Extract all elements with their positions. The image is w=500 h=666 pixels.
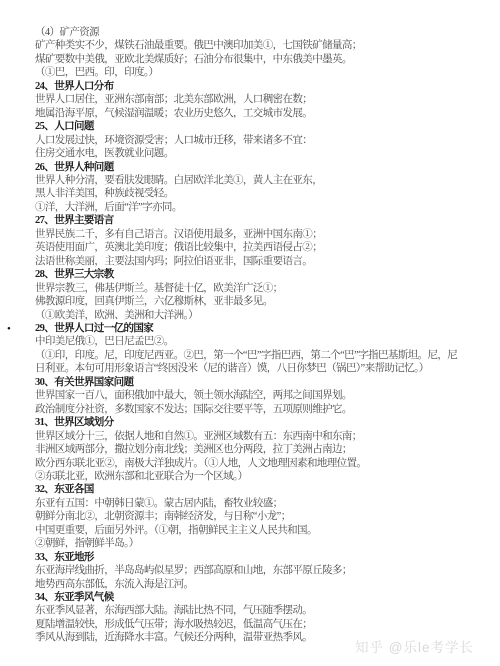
section-heading: 24、世界人口分布 [35, 80, 497, 93]
section: 30、有关世界国家问题 世界国家一百八，面积俄加中最大，领土领水海陆空，两邦之间… [35, 376, 497, 416]
text-line: 世界人口居住，亚洲东部南部；北美东部欧洲，人口稠密在数； [35, 93, 497, 106]
text-line: 中印美尼俄①，巴日尼孟巴②。 [35, 335, 497, 348]
text-line: 夏陆增温较快，形成低气压带；海水吸热较迟，低温高气压在； [35, 618, 497, 631]
text-line: 佛教源印度，回真伊斯兰，六亿穆斯林，亚非最多见。 [35, 295, 497, 308]
section-heading: 33、东亚地形 [35, 551, 497, 564]
section: 33、东亚地形 东亚海岸线曲折，半岛岛屿似星罗；西部高原和山地，东部平原丘陵多；… [35, 551, 497, 591]
document-body: （4）矿产资源 矿产种类实不少，煤铁石油最重要。俄巴中澳印加美①，七国铁矿储量高… [35, 26, 497, 645]
text-line: 世界人种分清，要看肤发眼睛。白居欧洋北美①，黄人主在亚东， [35, 174, 497, 187]
text-line: 世界国家一百八，面积俄加中最大，领土领水海陆空，两邦之间国界划。 [35, 389, 497, 402]
text-line: （①巴，巴西。印，印度。） [35, 66, 497, 79]
text-line: 世界区域分十三，依据人地和自然①。亚洲区域数有五：东西南中和东南； [35, 430, 497, 443]
section: 24、世界人口分布 世界人口居住，亚洲东部南部；北美东部欧洲，人口稠密在数；地属… [35, 80, 497, 120]
section-heading: （4）矿产资源 [35, 26, 497, 39]
text-line: （①欧美洋，欧洲、美洲和大洋洲。） [35, 309, 497, 322]
text-line: ②朝鲜，指朝鲜半岛。） [35, 537, 497, 550]
section: 32、东亚各国 东亚有五国：中朝韩日蒙①。蒙古居内陆，畜牧业较盛；朝鲜分南北②，… [35, 483, 497, 550]
text-line: （①印，印度。尼，印度尼西亚。②巴，第一个“巴”字指巴西，第二个“巴”字指巴基斯… [35, 349, 497, 362]
section: 25、人口问题 人口发展过快，环境资源受害；人口城市迁移，带来诸多不宜：住房交通… [35, 120, 497, 160]
text-line: 矿产种类实不少，煤铁石油最重要。俄巴中澳印加美①，七国铁矿储量高； [35, 39, 497, 52]
text-line: 世界民族二千，多有自己语言。汉语使用最多，亚洲中国东南①； [35, 228, 497, 241]
watermark: 知乎 @乐le考学长 [355, 636, 474, 656]
text-line: 地属沿海平原，气候湿润温暖；农业历史悠久，工交城市发展。 [35, 107, 497, 120]
text-line: 英语使用面广，英澳北美印度；俄语比较集中，拉美西语侵占②； [35, 241, 497, 254]
section-heading: 28、世界三大宗教 [35, 268, 497, 281]
section-heading: 25、人口问题 [35, 120, 497, 133]
text-line: 日利亚。本句可用形象语言“终因没米（尼的谐音）馍，八日你梦巴（锅巴）”来帮助记忆… [35, 362, 497, 375]
text-line: 东亚季风显著，东海西部大陆。海陆比热不同，气压随季摆动。 [35, 604, 497, 617]
section-heading: 29、世界人口过一亿的国家 [35, 322, 497, 335]
text-line: 地势西高东部低，东流入海是江河。 [35, 578, 497, 591]
section: 27、世界主要语言 世界民族二千，多有自己语言。汉语使用最多，亚洲中国东南①；英… [35, 214, 497, 268]
section: 26、世界人种问题 世界人种分清，要看肤发眼睛。白居欧洋北美①，黄人主在亚东，黑… [35, 161, 497, 215]
text-line: 人口发展过快，环境资源受害；人口城市迁移，带来诸多不宜： [35, 134, 497, 147]
section-heading: 30、有关世界国家问题 [35, 376, 497, 389]
text-line: 中国更重要，后面另外评。（①朝，指朝鲜民主主义人民共和国。 [35, 524, 497, 537]
text-line: 法语世称美丽，主要法国内玛；阿拉伯语亚非，国际重要语言。 [35, 255, 497, 268]
section: 29、世界人口过一亿的国家 中印美尼俄①，巴日尼孟巴②。（①印，印度。尼，印度尼… [35, 322, 497, 376]
text-line: 住房交通水电，医教就业问题。 [35, 147, 497, 160]
text-line: 世界宗教三，佛基伊斯兰。基督徒十亿，欧美洋广泛①； [35, 282, 497, 295]
section-heading: 26、世界人种问题 [35, 161, 497, 174]
section-heading: 32、东亚各国 [35, 483, 497, 496]
section-heading: 34、东亚季风气候 [35, 591, 497, 604]
section: 31、世界区域划分 世界区域分十三，依据人地和自然①。亚洲区域数有五：东西南中和… [35, 416, 497, 483]
text-line: 东亚海岸线曲折，半岛岛屿似星罗；西部高原和山地，东部平原丘陵多； [35, 564, 497, 577]
text-line: 政治制度分社资，多数国家不发达；国际交往要平等，五项原则维护它。 [35, 403, 497, 416]
text-line: 东亚有五国：中朝韩日蒙①。蒙古居内陆，畜牧业较盛； [35, 497, 497, 510]
text-line: 黑人非洋美国，种族歧视受轻。 [35, 187, 497, 200]
section: 28、世界三大宗教 世界宗教三，佛基伊斯兰。基督徒十亿，欧美洋广泛①；佛教源印度… [35, 268, 497, 322]
text-line: ①洋，大洋洲，后面“洋”字亦同。 [35, 201, 497, 214]
text-line: 欧分西东联北亚②，南极大洋独成片。（①人地，人文地理因素和地理位置。 [35, 457, 497, 470]
text-line: 煤矿要数中美俄，亚欧北美煤质好；石油分布很集中，中东俄美中墨英。 [35, 53, 497, 66]
section-heading: 27、世界主要语言 [35, 214, 497, 227]
text-line: 非洲区域两部分，撒拉划分南北线；美洲区也分两段，拉丁美洲占南边； [35, 443, 497, 456]
text-line: 朝鲜分南北②，北朝资源丰；南韩经济发，与日称“小龙”； [35, 510, 497, 523]
text-line: ②东联北亚，欧洲东部和北亚联合为一个区域。） [35, 470, 497, 483]
section: （4）矿产资源 矿产种类实不少，煤铁石油最重要。俄巴中澳印加美①，七国铁矿储量高… [35, 26, 497, 80]
list-bullet: • [7, 324, 11, 335]
section-heading: 31、世界区域划分 [35, 416, 497, 429]
